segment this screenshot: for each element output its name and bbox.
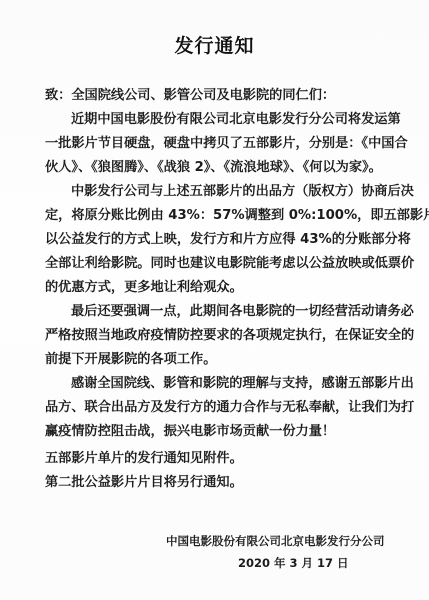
paragraph-4-line-1: 感谢全国院线、影管和影院的理解与支持，感谢五部影片出 xyxy=(71,375,414,393)
paragraph-3-line-2: 严格按照当地政府疫情防控要求的各项规定执行，在保证安全的 xyxy=(45,327,414,345)
paragraph-3-line-3: 前提下开展影院的各项工作。 xyxy=(45,351,216,369)
paragraph-1-line-3: 伙人》、《狼图腾》、《战狼 2》、《流浪地球》、《何以为家》。 xyxy=(45,159,382,177)
second-batch-note: 第二批公益影片片目将另行通知。 xyxy=(45,474,243,492)
paragraph-2-line-1: 中影发行公司与上述五部影片的出品方（版权方）协商后决 xyxy=(71,183,414,201)
paragraph-2-line-3: 以公益发行的方式上映，发行方和片方应得 43%的分账部分将 xyxy=(45,231,411,249)
signature-organization: 中国电影股份有限公司北京电影发行分公司 xyxy=(166,533,385,549)
document-page: 发行通知 致：全国院线公司、影管公司及电影院的同仁们： 近期中国电影股份有限公司… xyxy=(0,0,429,600)
paragraph-3-line-1: 最后还要强调一点，此期间各电影院的一切经营活动请务必 xyxy=(71,303,414,321)
paragraph-4-line-3: 赢疫情防控阻击战，振兴电影市场贡献一份力量！ xyxy=(45,423,335,441)
paragraph-2-line-4: 全部让利给影院。同时也建议电影院能考虑以公益放映或低票价 xyxy=(45,255,414,273)
paragraph-2-line-5: 的优惠方式，更多地让利给观众。 xyxy=(45,279,243,297)
paragraph-1-line-1: 近期中国电影股份有限公司北京电影发行分公司将发运第 xyxy=(71,111,401,129)
signature-date: 2020 年 3 月 17 日 xyxy=(238,555,349,571)
attachment-note: 五部影片单片的发行通知见附件。 xyxy=(45,450,243,468)
paragraph-1-line-2: 一批影片节目硬盘，硬盘中拷贝了五部影片，分别是：《中国合 xyxy=(45,135,408,153)
document-title: 发行通知 xyxy=(0,31,429,58)
paragraph-2-line-2: 定，将原分账比例由 43%：57%调整到 0%:100%，即五部影片 xyxy=(45,207,429,225)
paragraph-4-line-2: 品方、联合出品方及发行方的通力合作与无私奉献，让我们为打 xyxy=(45,399,414,417)
salutation: 致：全国院线公司、影管公司及电影院的同仁们： xyxy=(45,87,335,105)
